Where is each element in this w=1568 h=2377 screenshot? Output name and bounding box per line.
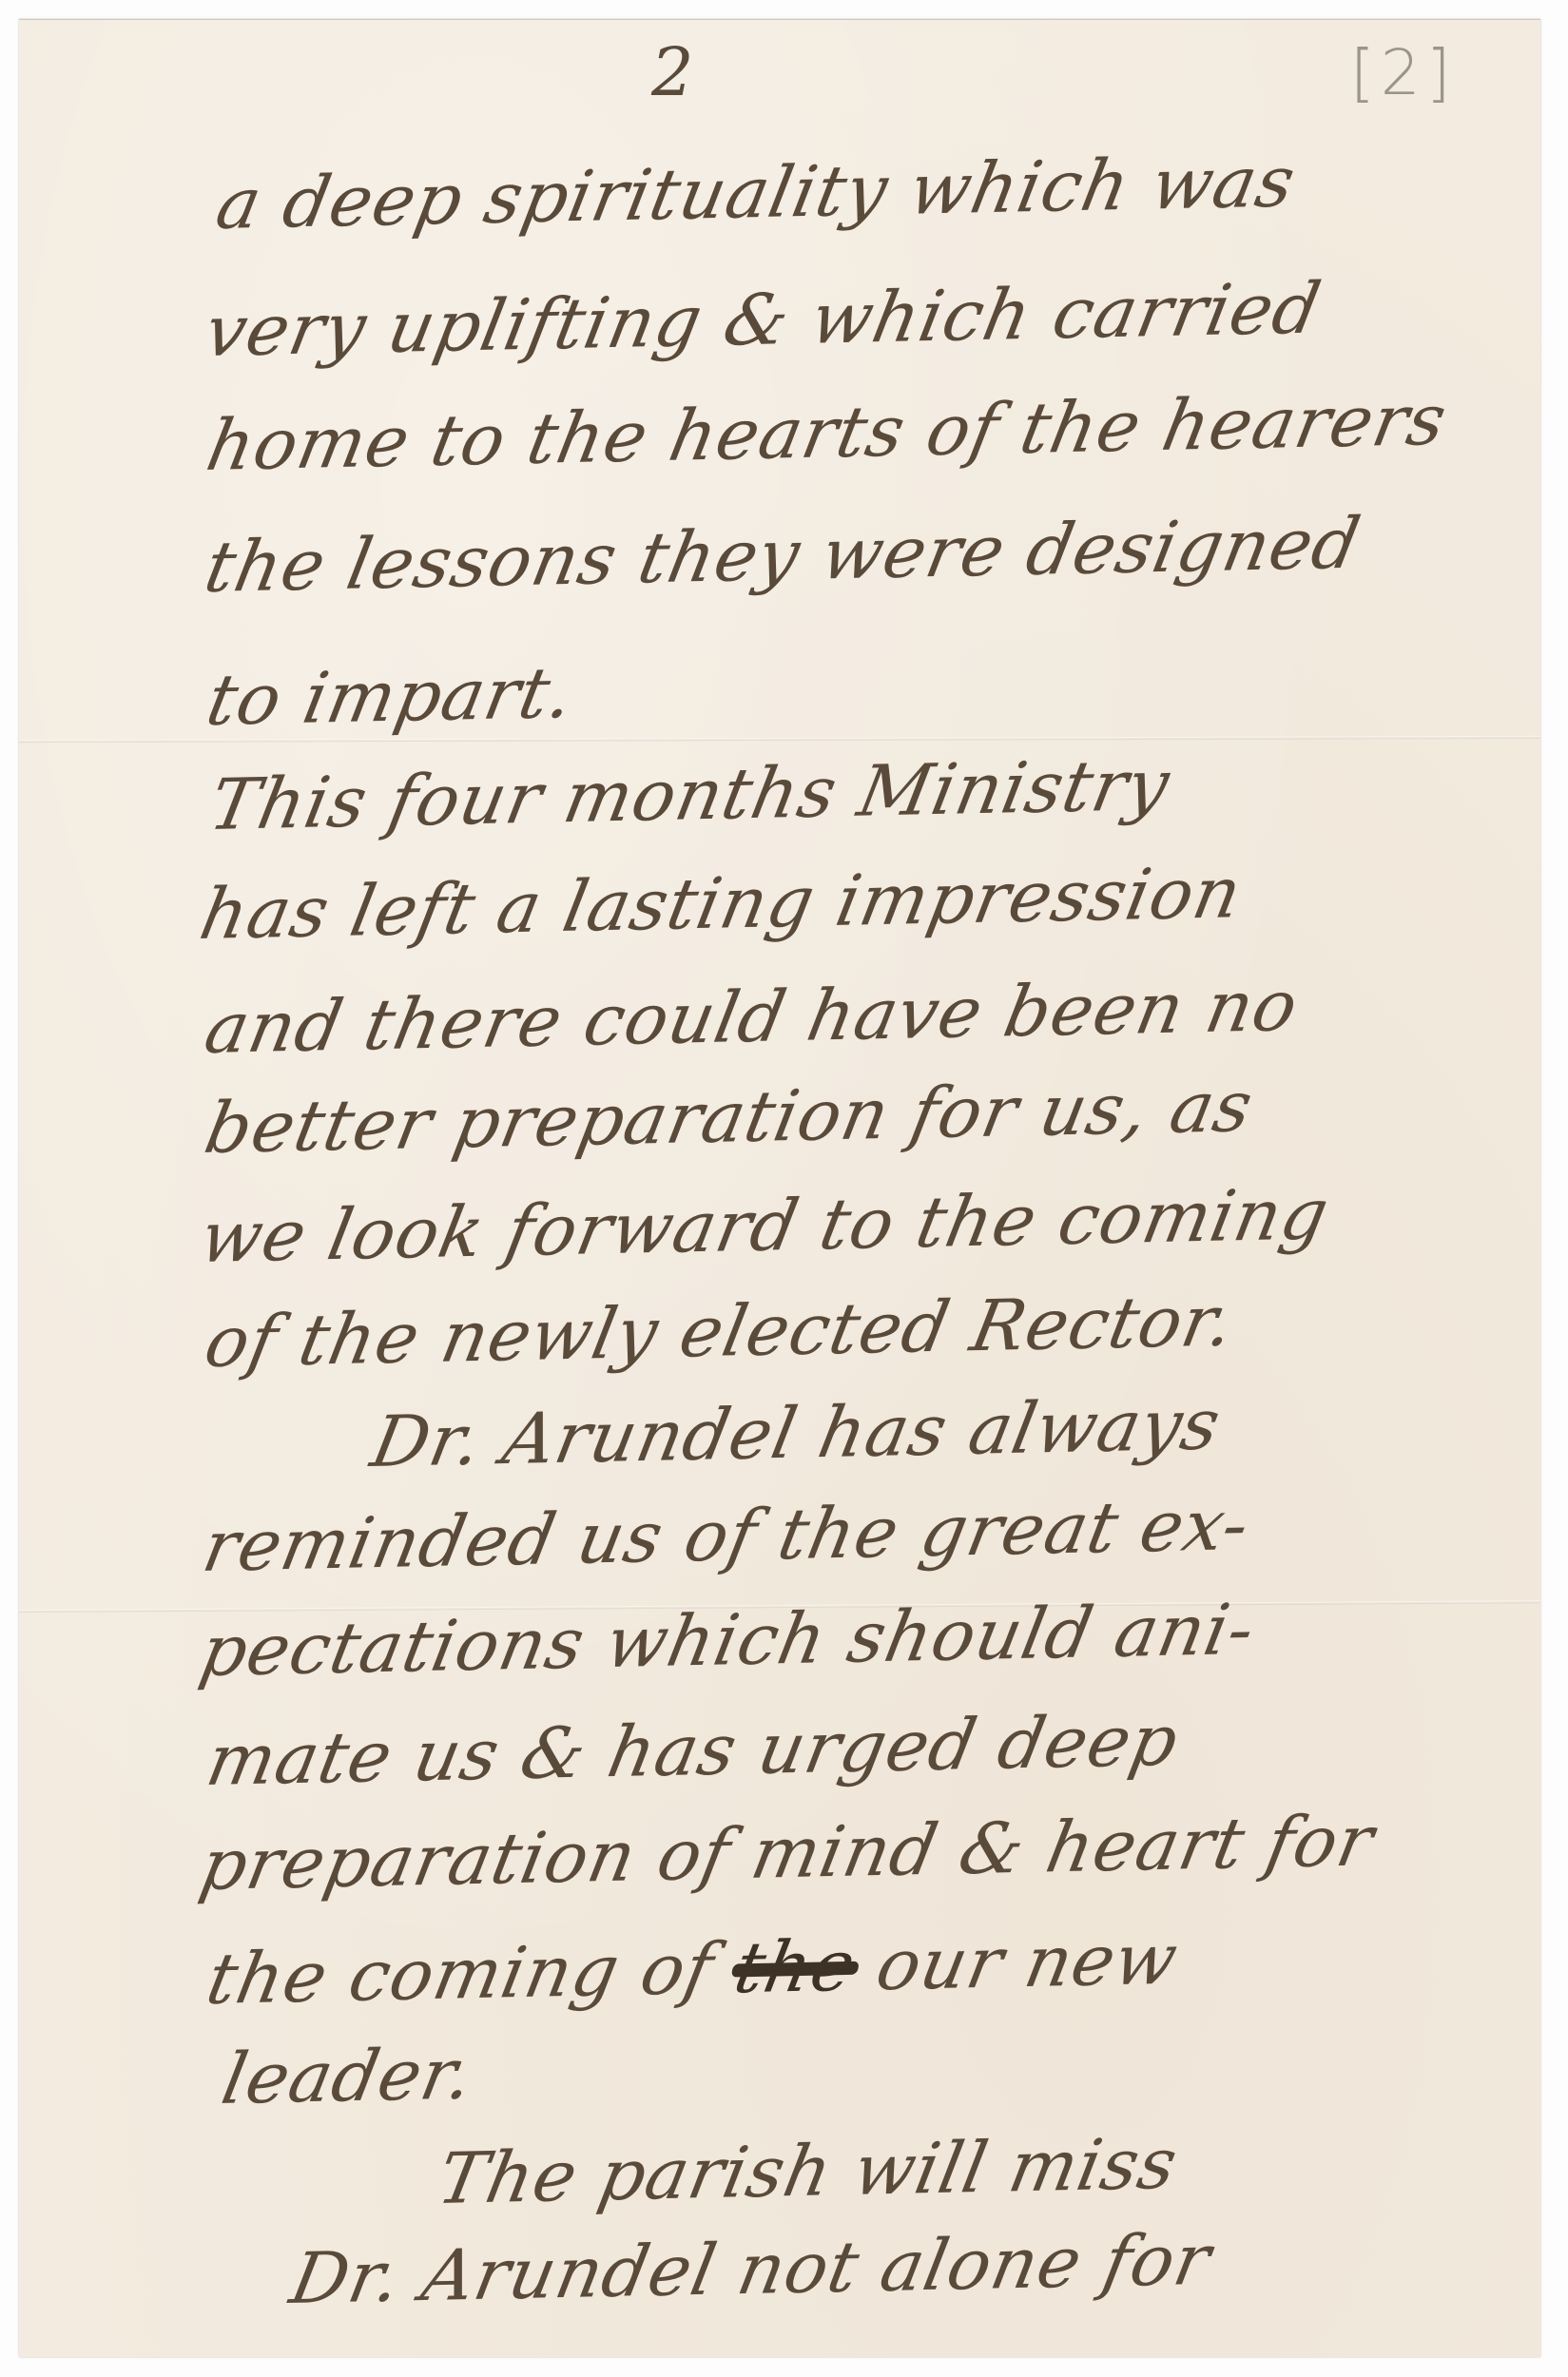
text-segment: the coming of [201, 1927, 744, 2020]
text-line: Dr. Arundel not alone for [285, 2225, 1216, 2314]
text-line: and there could have been no [200, 971, 1304, 1064]
text-line: The parish will miss [433, 2129, 1183, 2214]
text-line: pectations which should ani- [195, 1594, 1261, 1687]
text-line: Dr. Arundel has always [366, 1389, 1226, 1478]
text-line: leader. [217, 2039, 479, 2115]
archive-page-label: [2] [1350, 36, 1457, 109]
text-line: to impart. [202, 658, 580, 736]
text-line: reminded us of the great ex- [198, 1490, 1255, 1582]
text-line: mate us & has urged deep [202, 1706, 1184, 1796]
page-number: 2 [651, 33, 695, 111]
text-line: a deep spirituality which was [211, 146, 1301, 240]
text-segment: our new [846, 1919, 1184, 2007]
text-line: better preparation for us, as [200, 1072, 1258, 1164]
struck-out-word: the [728, 1925, 862, 2010]
text-line: of the newly elected Rector. [200, 1286, 1240, 1378]
text-line-with-strikethrough: the coming of the our new [202, 1924, 1184, 2015]
text-line: has left a lasting impression [195, 858, 1248, 950]
text-line: This four months Ministry [204, 750, 1175, 841]
